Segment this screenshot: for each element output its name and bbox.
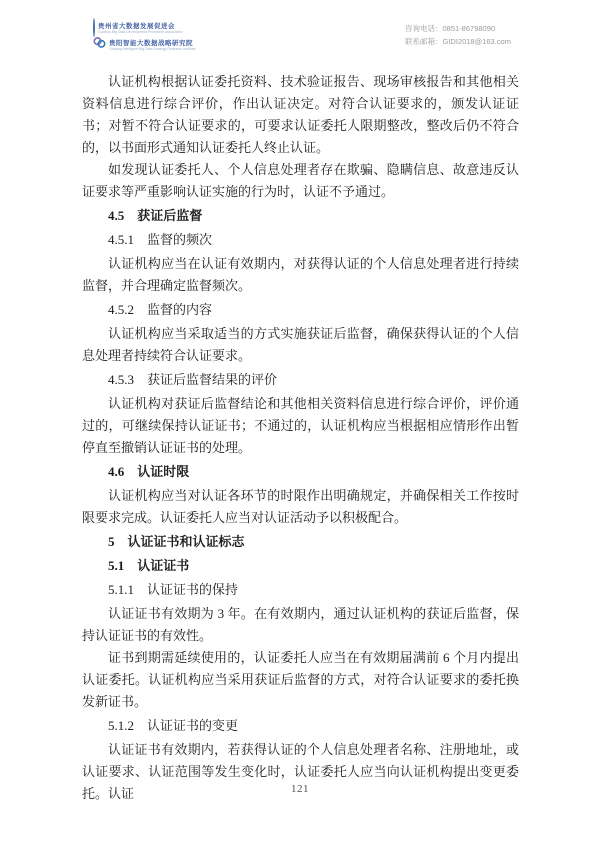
section-heading: 4.5.3 获证后监督结果的评价 [82,369,519,391]
paragraph: 认证机构对获证后监督结论和其他相关资料信息进行综合评价，评价通过的，可继续保持认… [82,393,519,459]
section-heading: 5.1.1 认证证书的保持 [82,579,519,601]
paragraph: 认证机构根据认证委托资料、技术验证报告、现场审核报告和其他相关资料信息进行综合评… [82,71,519,159]
paragraph: 证书到期需延续使用的，认证委托人应当在有效期届满前 6 个月内提出认证委托。认证… [82,647,519,713]
association-name-en: Guizhou Big Data Development Promotion A… [98,30,183,34]
section-heading: 4.5.1 监督的频次 [82,229,519,251]
institute-name: 贵阳智能大数据战略研究院 [109,40,196,47]
paragraph: 如发现认证委托人、个人信息处理者存在欺骗、隐瞒信息、故意违反认证要求等严重影响认… [82,159,519,203]
association-logo: 贵州省大数据发展促进会 Guizhou Big Data Development… [93,21,196,35]
paragraph: 认证机构应当采取适当的方式实施获证后监督，确保获得认证的个人信息处理者持续符合认… [82,323,519,367]
contact-phone: 咨询电话：0851-86798090 [405,23,511,36]
paragraph: 认证机构应当对认证各环节的时限作出明确规定，并确保相关工作按时限要求完成。认证委… [82,485,519,529]
document-page: 贵州省大数据发展促进会 Guizhou Big Data Development… [0,0,600,848]
association-seal-icon [93,19,95,37]
institute-logo: 贵阳智能大数据战略研究院 Guiyang Intelligent Big Dat… [93,38,196,52]
section-heading: 5 认证证书和认证标志 [82,531,519,553]
institute-logo-icon [93,36,106,54]
paragraph: 认证机构应当在认证有效期内，对获得认证的个人信息处理者进行持续监督，并合理确定监… [82,253,519,297]
page-number: 121 [0,783,600,795]
section-heading: 5.1 认证证书 [82,555,519,577]
paragraph: 认证证书有效期为 3 年。在有效期内，通过认证机构的获证后监督，保持认证证书的有… [82,603,519,647]
paragraph: 认证证书有效期内，若获得认证的个人信息处理者名称、注册地址，或认证要求、认证范围… [82,739,519,805]
section-heading: 4.6 认证时限 [82,461,519,483]
section-heading: 4.5.2 监督的内容 [82,299,519,321]
header-logos: 贵州省大数据发展促进会 Guizhou Big Data Development… [93,21,196,55]
contact-email: 联系邮箱：GIDI2018@163.com [405,36,511,49]
institute-name-en: Guiyang Intelligent Big Data Strategy Re… [109,47,196,51]
header-contact: 咨询电话：0851-86798090 联系邮箱：GIDI2018@163.com [405,23,511,48]
section-heading: 5.1.2 认证证书的变更 [82,715,519,737]
document-body: 认证机构根据认证委托资料、技术验证报告、现场审核报告和其他相关资料信息进行综合评… [82,71,519,805]
section-heading: 4.5 获证后监督 [82,205,519,227]
association-name: 贵州省大数据发展促进会 [98,23,183,30]
